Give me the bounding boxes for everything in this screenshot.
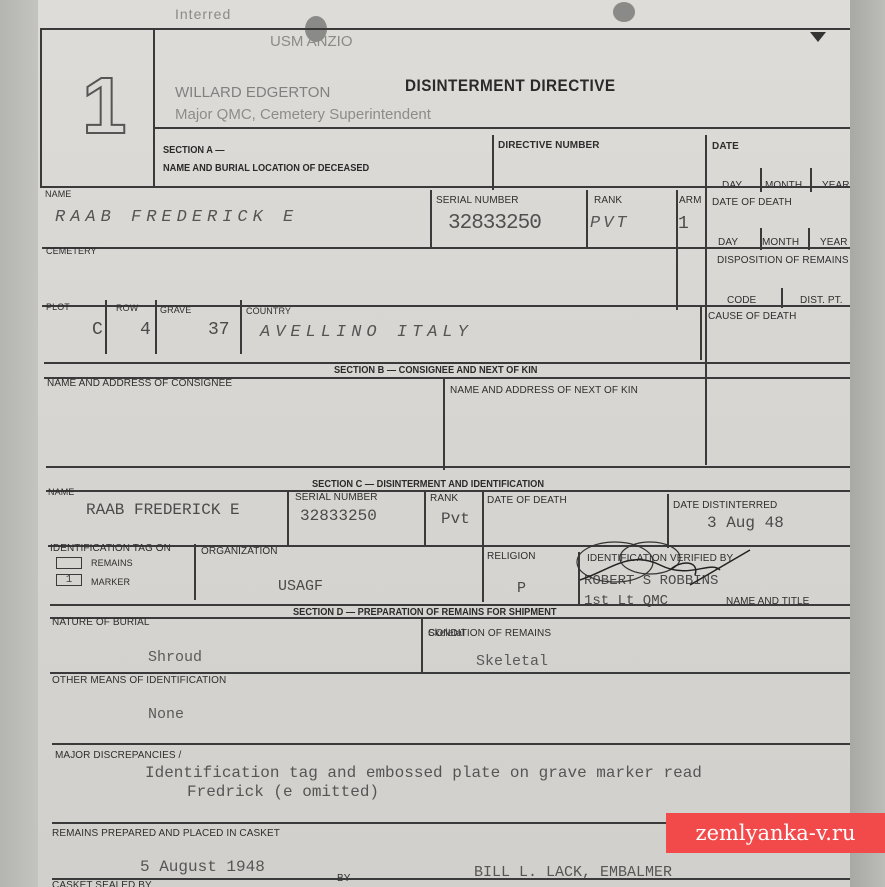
rule — [810, 168, 812, 192]
rule — [421, 618, 423, 674]
rule — [52, 743, 850, 745]
organization-value: USAGF — [278, 578, 323, 595]
date-label: DATE — [712, 141, 739, 152]
rule — [52, 878, 850, 880]
punch-hole — [613, 2, 635, 22]
rule — [153, 127, 850, 129]
c-rank-value: Pvt — [441, 510, 470, 528]
location-stamp: USM ANZIO — [270, 33, 353, 50]
rule — [46, 466, 850, 468]
c-rank-label: RANK — [430, 493, 458, 504]
rule — [40, 186, 850, 188]
id-tag-label: IDENTIFICATION TAG ON — [50, 543, 171, 554]
c-serial-label: SERIAL NUMBER — [295, 492, 378, 503]
grave-value: 37 — [208, 320, 230, 340]
c-name-value: RAAB FREDERICK E — [86, 501, 240, 519]
rule — [705, 135, 707, 465]
rule — [155, 300, 157, 354]
background-right — [850, 0, 885, 887]
marker-label: MARKER — [91, 577, 130, 587]
remains-checkbox[interactable] — [56, 557, 82, 569]
corner-mark-icon — [810, 32, 826, 42]
section-a-heading: SECTION A — — [163, 144, 224, 156]
disposition-label: DISPOSITION OF REMAINS — [717, 255, 849, 266]
condition-of-remains-value: Skeletal — [476, 653, 548, 670]
arm-label: ARM — [679, 195, 702, 206]
rule — [50, 672, 850, 674]
interred-stamp: Interred — [175, 6, 231, 22]
organization-label: ORGANIZATION — [201, 546, 278, 557]
next-of-kin-label: NAME AND ADDRESS OF NEXT OF KIN — [450, 385, 638, 396]
cause-of-death-label: CAUSE OF DEATH — [708, 311, 796, 322]
background-left — [0, 0, 40, 887]
rule — [40, 28, 42, 188]
religion-label: RELIGION — [487, 551, 536, 562]
copy-number: 1 — [82, 60, 127, 152]
rule — [50, 617, 850, 619]
c-name-label: NAME — [48, 487, 74, 497]
section-c-heading: SECTION C — DISINTERMENT AND IDENTIFICAT… — [312, 478, 544, 490]
rule — [676, 190, 678, 310]
rule — [443, 378, 445, 470]
rule — [424, 490, 426, 546]
casket-sealed-label: CASKET SEALED BY — [52, 880, 152, 887]
rule — [586, 190, 588, 248]
serial-number-value: 32833250 — [448, 212, 541, 235]
superintendent-name: WILLARD EDGERTON — [175, 84, 330, 101]
other-means-value: None — [148, 706, 184, 723]
rule — [240, 300, 242, 354]
rule — [153, 30, 155, 186]
discrepancies-label: MAJOR DISCREPANCIES / — [55, 750, 181, 761]
directive-number-label: DIRECTIVE NUMBER — [498, 140, 600, 151]
nature-of-burial-value: Shroud — [148, 649, 202, 666]
prepared-date: 5 August 1948 — [140, 858, 265, 876]
condition-of-remains-label: CONDITION OF REMAINS — [428, 628, 551, 639]
signature-icon — [570, 530, 760, 600]
deceased-name: RAAB FREDERICK E — [55, 208, 298, 227]
plot-label: PLOT — [46, 302, 70, 312]
rule — [42, 247, 850, 249]
discrepancies-line-2: Fredrick (e omitted) — [187, 783, 379, 801]
remains-label: REMAINS — [91, 558, 133, 568]
rule — [760, 168, 762, 192]
rule — [430, 190, 432, 248]
nature-of-burial-label: NATURE OF BURIAL — [52, 617, 150, 628]
prepared-label: REMAINS PREPARED AND PLACED IN CASKET — [52, 828, 280, 839]
c-dod-label: DATE OF DEATH — [487, 495, 567, 506]
arm-value: 1 — [678, 214, 689, 234]
plot-value: C — [92, 320, 103, 340]
name-label: NAME — [45, 189, 71, 199]
rank-value: PVT — [590, 214, 630, 233]
cemetery-label: CEMETERY — [46, 246, 97, 256]
marker-checkbox[interactable]: 1 — [56, 574, 82, 586]
rule — [194, 544, 196, 600]
country-value: AVELLINO ITALY — [260, 323, 473, 342]
consignee-label: NAME AND ADDRESS OF CONSIGNEE — [47, 378, 232, 389]
other-means-label: OTHER MEANS OF IDENTIFICATION — [52, 675, 226, 686]
rule — [287, 490, 289, 546]
watermark-link[interactable]: zemlyanka-v.ru — [666, 813, 885, 853]
discrepancies-line-1: Identification tag and embossed plate on… — [145, 764, 702, 782]
row-value: 4 — [140, 320, 151, 340]
superintendent-title: Major QMC, Cemetery Superintendent — [175, 106, 431, 123]
rule — [46, 490, 850, 492]
serial-number-label: SERIAL NUMBER — [436, 195, 519, 206]
directive-number-field[interactable] — [498, 153, 703, 187]
rule — [492, 135, 494, 190]
form-title: DISINTERMENT DIRECTIVE — [405, 76, 616, 96]
rank-label: RANK — [594, 195, 622, 206]
date-of-death-label: DATE OF DEATH — [712, 197, 792, 208]
rule — [105, 300, 107, 354]
rule — [700, 305, 702, 360]
section-a-subheading: NAME AND BURIAL LOCATION OF DECEASED — [163, 162, 369, 174]
country-label: COUNTRY — [246, 306, 291, 316]
rule — [40, 28, 850, 30]
row-label: ROW — [116, 303, 138, 313]
grave-label: GRAVE — [160, 305, 191, 315]
date-disinterred-label: DATE DISTINTERRED — [673, 500, 777, 511]
section-b-heading: SECTION B — CONSIGNEE AND NEXT OF KIN — [334, 364, 537, 376]
religion-value: P — [517, 580, 526, 597]
c-serial-value: 32833250 — [300, 507, 377, 525]
